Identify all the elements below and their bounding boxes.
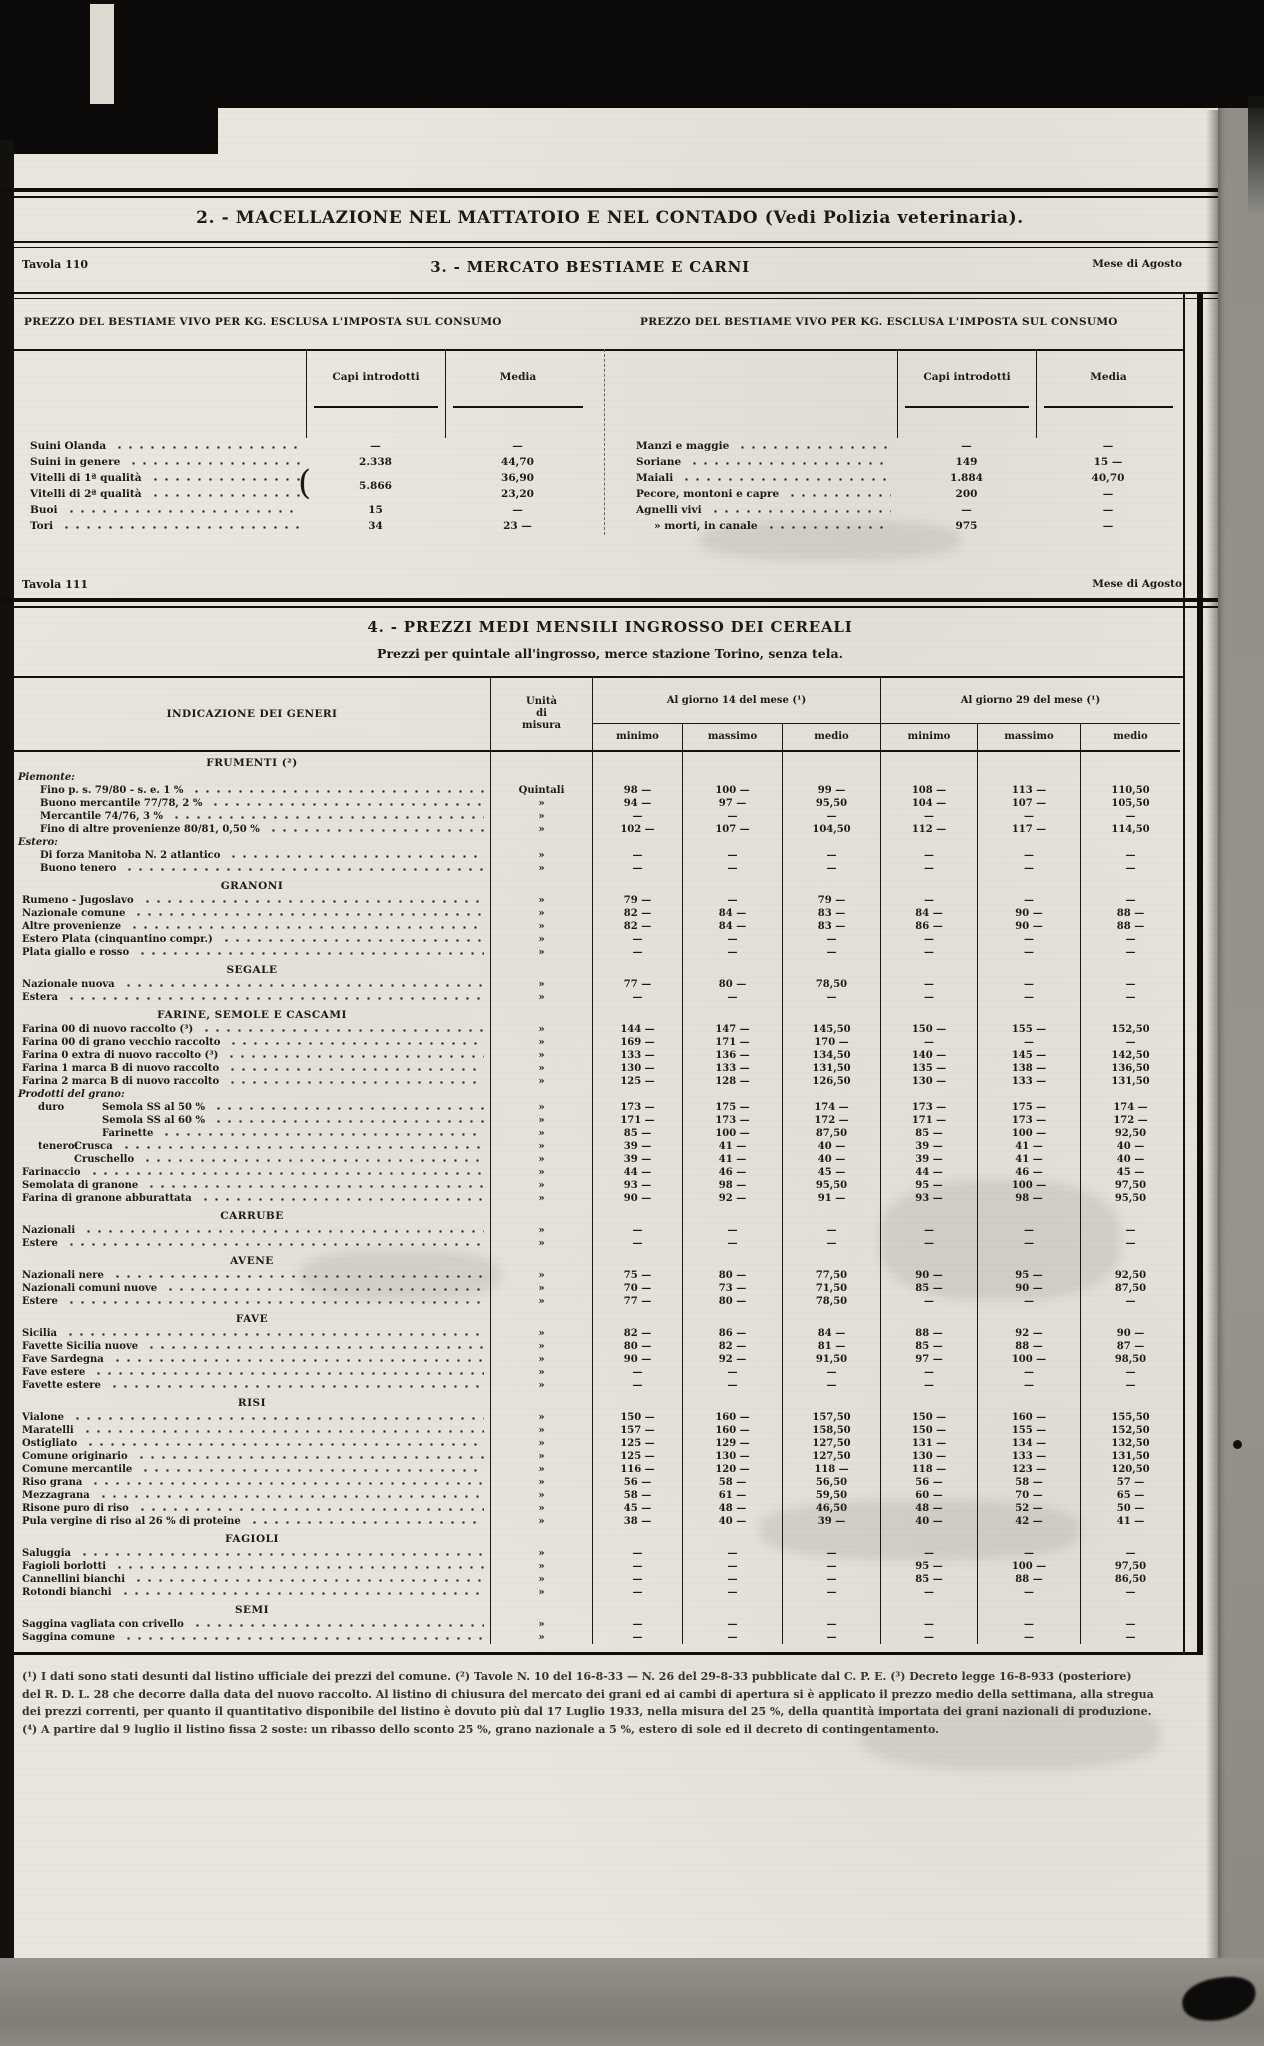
value-cell: 125 — xyxy=(592,1075,682,1088)
group-label: Piemonte: xyxy=(14,771,490,784)
col-header-minimo: minimo xyxy=(592,724,682,750)
dot-leader xyxy=(219,933,484,946)
value-cell: 160 — xyxy=(682,1424,782,1437)
dot-leader xyxy=(119,1140,484,1153)
dot-leader xyxy=(91,1366,484,1379)
col-header-massimo: massimo xyxy=(682,724,782,750)
row-label-cell: duroSemola SS al 50 % xyxy=(14,1101,490,1114)
table-row: Rotondi bianchi»—————— xyxy=(14,1586,1180,1599)
value-cell: 80 — xyxy=(592,1340,682,1353)
value-cell: — xyxy=(1080,1036,1180,1049)
value-cell: 160 — xyxy=(977,1411,1080,1424)
section-title: FAVE xyxy=(14,1308,490,1327)
value-cell xyxy=(592,1250,682,1269)
unit-cell xyxy=(490,1088,592,1101)
value-cell: 126,50 xyxy=(782,1075,880,1088)
section-title-row: FAVE xyxy=(14,1308,1180,1327)
row-label: Pula vergine di riso al 26 % di proteine xyxy=(22,1515,241,1528)
dot-leader xyxy=(64,502,300,518)
unit-cell xyxy=(490,752,592,771)
value-cell: — xyxy=(782,1379,880,1392)
dot-leader xyxy=(107,1379,484,1392)
row-label: Vialone xyxy=(22,1411,64,1424)
table-row: Ostigliato»125 —129 —127,50131 —134 —132… xyxy=(14,1437,1180,1450)
table-row: duroSemola SS al 50 %»173 —175 —174 —173… xyxy=(14,1101,1180,1114)
value-cell: 107 — xyxy=(977,797,1080,810)
value-cell: — xyxy=(1080,1586,1180,1599)
table-row: Fave Sardegna»90 —92 —91,5097 —100 —98,5… xyxy=(14,1353,1180,1366)
value-cell: — xyxy=(880,1366,977,1379)
section-title-row: SEGALE xyxy=(14,959,1180,978)
value-cell xyxy=(782,1004,880,1023)
value-cell: 145,50 xyxy=(782,1023,880,1036)
value-cell: — xyxy=(682,1224,782,1237)
row-label: Farina 2 marca B di nuovo raccolto xyxy=(22,1075,219,1088)
value-cell: 131,50 xyxy=(782,1062,880,1075)
value-cell xyxy=(1080,771,1180,784)
table-row: Risone puro di riso»45 —48 —46,5048 —52 … xyxy=(14,1502,1180,1515)
row-label: Maratelli xyxy=(22,1424,74,1437)
value-cell xyxy=(592,1205,682,1224)
value-cell: 135 — xyxy=(880,1062,977,1075)
row-label: Estera xyxy=(22,991,58,1004)
value-cell xyxy=(1080,959,1180,978)
col-header-medio: medio xyxy=(782,724,880,750)
table-row: Nazionali comuni nuove»70 —73 —71,5085 —… xyxy=(14,1282,1180,1295)
value-cell: — xyxy=(1080,862,1180,875)
value-cell xyxy=(682,1205,782,1224)
value-cell: 71,50 xyxy=(782,1282,880,1295)
row-prefix: duro xyxy=(38,1101,64,1114)
row-label: Favette estere xyxy=(22,1379,101,1392)
unit-cell: » xyxy=(490,1062,592,1075)
value-cell: 107 — xyxy=(682,823,782,836)
dot-leader xyxy=(134,1450,484,1463)
dot-leader xyxy=(140,894,484,907)
row-label: Manzi e maggie xyxy=(636,438,729,454)
value-cell: 150 — xyxy=(880,1424,977,1437)
value-cell: — xyxy=(782,946,880,959)
value-cell xyxy=(782,1599,880,1618)
value-cell: 150 — xyxy=(880,1411,977,1424)
unit-cell: » xyxy=(490,1631,592,1644)
livestock-row: Soriane14915 — xyxy=(620,454,1180,470)
value-cell: 150 — xyxy=(880,1023,977,1036)
unit-cell: » xyxy=(490,1547,592,1560)
unit-cell: » xyxy=(490,946,592,959)
unit-cell xyxy=(490,836,592,849)
row-label: Favette Sicilia nuove xyxy=(22,1340,138,1353)
value-cell: — xyxy=(682,946,782,959)
unit-cell: » xyxy=(490,849,592,862)
value-cell: 41 — xyxy=(1080,1515,1180,1528)
dot-leader xyxy=(110,1269,484,1282)
table-row: Semolata di granone»93 —98 —95,5095 —100… xyxy=(14,1179,1180,1192)
row-label-cell: Pula vergine di riso al 26 % di proteine xyxy=(14,1515,490,1528)
value-cell: — xyxy=(977,1036,1080,1049)
footnote-line: (⁴) A partire dal 9 luglio il listino fi… xyxy=(22,1721,1190,1739)
row-label-cell: Altre provenienze xyxy=(14,920,490,933)
row-label: Fave estere xyxy=(22,1366,85,1379)
value-cell: — xyxy=(592,862,682,875)
media-value: 40,70 xyxy=(1036,470,1180,486)
value-cell xyxy=(782,771,880,784)
value-cell: 134,50 xyxy=(782,1049,880,1062)
unit-cell: » xyxy=(490,862,592,875)
value-cell xyxy=(1080,1392,1180,1411)
value-cell xyxy=(782,836,880,849)
group-label-row: Estero: xyxy=(14,836,1180,849)
table-row: Fave estere»—————— xyxy=(14,1366,1180,1379)
dot-leader xyxy=(163,1282,484,1295)
col-header-minimo: minimo xyxy=(880,724,977,750)
unit-cell xyxy=(490,959,592,978)
value-cell: 83 — xyxy=(782,907,880,920)
tavola-111-label: Tavola 111 xyxy=(22,578,88,591)
row-label: Estero Plata (cinquantino compr.) xyxy=(22,933,213,946)
value-cell: 75 — xyxy=(592,1269,682,1282)
row-label-cell: Rotondi bianchi xyxy=(14,1586,490,1599)
value-cell: 82 — xyxy=(592,1327,682,1340)
unit-cell: » xyxy=(490,1340,592,1353)
value-cell: — xyxy=(977,1366,1080,1379)
spacer xyxy=(14,349,306,438)
dot-leader xyxy=(77,1547,484,1560)
section-title-row: FRUMENTI (²) xyxy=(14,752,1180,771)
value-cell: 87,50 xyxy=(1080,1282,1180,1295)
value-cell: — xyxy=(592,1618,682,1631)
section-title-row: CARRUBE xyxy=(14,1205,1180,1224)
value-cell: 83 — xyxy=(782,920,880,933)
value-cell: 84 — xyxy=(682,907,782,920)
value-cell: 85 — xyxy=(880,1282,977,1295)
value-cell: 79 — xyxy=(592,894,682,907)
row-label: Fagioli borlotti xyxy=(22,1560,106,1573)
value-cell xyxy=(782,1205,880,1224)
value-cell: 80 — xyxy=(682,1269,782,1282)
row-label: Crusca xyxy=(74,1140,113,1153)
value-cell: 52 — xyxy=(977,1502,1080,1515)
unit-cell: Quintali xyxy=(490,784,592,797)
media-value: 23,20 xyxy=(445,486,590,502)
value-cell: 152,50 xyxy=(1080,1424,1180,1437)
value-cell: 86,50 xyxy=(1080,1573,1180,1586)
value-cell: — xyxy=(880,1618,977,1631)
row-label-cell: Cannellini bianchi xyxy=(14,1573,490,1586)
value-cell: — xyxy=(1080,1366,1180,1379)
value-cell: 145 — xyxy=(977,1049,1080,1062)
row-label: Farinette xyxy=(102,1127,153,1140)
unit-cell: » xyxy=(490,1049,592,1062)
value-cell: 150 — xyxy=(592,1411,682,1424)
section-title-row: RISI xyxy=(14,1392,1180,1411)
value-cell: 85 — xyxy=(880,1573,977,1586)
row-label-cell: Di forza Manitoba N. 2 atlantico xyxy=(14,849,490,862)
footnotes: (¹) I dati sono stati desunti dal listin… xyxy=(22,1668,1190,1738)
row-label: Comune mercantile xyxy=(22,1463,132,1476)
group-label-row: Piemonte: xyxy=(14,771,1180,784)
value-cell: 133 — xyxy=(977,1450,1080,1463)
dot-leader xyxy=(87,1166,485,1179)
row-label: Farina 00 di nuovo raccolto (³) xyxy=(22,1023,193,1036)
unit-cell: » xyxy=(490,1450,592,1463)
row-label: Nazionale comune xyxy=(22,907,125,920)
row-label-cell: Estera xyxy=(14,991,490,1004)
row-label-cell: Farina 0 extra di nuovo raccolto (³) xyxy=(14,1049,490,1062)
row-label: Estere xyxy=(22,1295,58,1308)
row-label-cell: Comune originario xyxy=(14,1450,490,1463)
unit-cell: » xyxy=(490,810,592,823)
dot-leader xyxy=(199,1023,484,1036)
scanned-page: { "page": { "header_line": "2. - MACELLA… xyxy=(0,0,1264,2046)
value-cell: 86 — xyxy=(682,1327,782,1340)
value-cell xyxy=(977,1250,1080,1269)
value-cell: — xyxy=(782,1573,880,1586)
value-cell: — xyxy=(682,991,782,1004)
value-cell xyxy=(1080,1599,1180,1618)
row-label-cell: Buono tenero xyxy=(14,862,490,875)
livestock-row: Tori3423 — xyxy=(14,518,590,534)
unit-cell: » xyxy=(490,1166,592,1179)
value-cell: 173 — xyxy=(977,1114,1080,1127)
value-cell: 80 — xyxy=(682,1295,782,1308)
row-label: Comune originario xyxy=(22,1450,128,1463)
value-cell: — xyxy=(782,991,880,1004)
value-cell: 78,50 xyxy=(782,1295,880,1308)
row-label: Nazionali nere xyxy=(22,1269,104,1282)
row-label: Vitelli di 2ª qualità xyxy=(30,486,142,502)
dot-leader xyxy=(266,823,484,836)
value-cell: 40 — xyxy=(782,1153,880,1166)
row-label-cell: Nazionale comune xyxy=(14,907,490,920)
unit-cell: » xyxy=(490,1269,592,1282)
unit-cell: » xyxy=(490,1515,592,1528)
row-label: Risone puro di riso xyxy=(22,1502,129,1515)
dot-leader xyxy=(679,470,891,486)
value-cell: 157,50 xyxy=(782,1411,880,1424)
table-row: Nazionale comune»82 —84 —83 —84 —90 —88 … xyxy=(14,907,1180,920)
value-cell: 100 — xyxy=(977,1560,1080,1573)
value-cell: — xyxy=(880,1547,977,1560)
value-cell: 170 — xyxy=(782,1036,880,1049)
value-cell xyxy=(782,1308,880,1327)
table-110-month: Mese di Agosto xyxy=(1092,258,1182,276)
section-title-row: FARINE, SEMOLE E CASCAMI xyxy=(14,1004,1180,1023)
dot-leader xyxy=(169,810,484,823)
footnote-line: (¹) I dati sono stati desunti dal listin… xyxy=(22,1668,1190,1686)
table-row: Fino p. s. 79/80 - s. e. 1 %Quintali98 —… xyxy=(14,784,1180,797)
value-cell: — xyxy=(1080,1224,1180,1237)
table-row: Mezzagrana»58 —61 —59,5060 —70 —65 — xyxy=(14,1489,1180,1502)
value-cell xyxy=(880,1392,977,1411)
row-label-cell: Risone puro di riso xyxy=(14,1502,490,1515)
value-cell: 171 — xyxy=(592,1114,682,1127)
unit-cell: » xyxy=(490,823,592,836)
value-cell: 58 — xyxy=(592,1489,682,1502)
row-label: Farina 1 marca B di nuovo raccolto xyxy=(22,1062,219,1075)
table-row: Buono tenero»—————— xyxy=(14,862,1180,875)
value-cell: 172 — xyxy=(1080,1114,1180,1127)
value-cell: — xyxy=(1080,1237,1180,1250)
unit-cell: » xyxy=(490,1237,592,1250)
value-cell: 155 — xyxy=(977,1023,1080,1036)
livestock-row: Manzi e maggie—— xyxy=(620,438,1180,454)
row-label-cell: Semolata di granone xyxy=(14,1179,490,1192)
value-cell xyxy=(682,771,782,784)
value-cell: — xyxy=(592,1586,682,1599)
table-111-month: Mese di Agosto xyxy=(1092,578,1182,591)
row-label-cell: Sicilia xyxy=(14,1327,490,1340)
value-cell: — xyxy=(592,1547,682,1560)
value-cell: 133 — xyxy=(592,1049,682,1062)
value-cell: 90 — xyxy=(1080,1327,1180,1340)
dot-leader xyxy=(112,1560,484,1573)
value-cell: 95,50 xyxy=(782,797,880,810)
section-title: FAGIOLI xyxy=(14,1528,490,1547)
capi-value: 149 xyxy=(897,454,1036,470)
value-cell: 56 — xyxy=(880,1476,977,1489)
value-cell: 112 — xyxy=(880,823,977,836)
row-label: Semola SS al 50 % xyxy=(102,1101,205,1114)
value-cell: 73 — xyxy=(682,1282,782,1295)
value-cell: 50 — xyxy=(1080,1502,1180,1515)
value-cell: 171 — xyxy=(880,1114,977,1127)
livestock-row: Maiali1.88440,70 xyxy=(620,470,1180,486)
table-row: Comune mercantile»116 —120 —118 —118 —12… xyxy=(14,1463,1180,1476)
value-cell xyxy=(880,836,977,849)
value-cell xyxy=(682,836,782,849)
unit-cell: » xyxy=(490,1411,592,1424)
group-label-row: Prodotti del grano: xyxy=(14,1088,1180,1101)
value-cell: — xyxy=(682,1631,782,1644)
value-cell: — xyxy=(977,1224,1080,1237)
dot-leader xyxy=(81,1224,484,1237)
value-cell xyxy=(592,1308,682,1327)
table-row: Pula vergine di riso al 26 % di proteine… xyxy=(14,1515,1180,1528)
value-cell: 90 — xyxy=(977,907,1080,920)
table-row: Saggina vagliata con crivello»—————— xyxy=(14,1618,1180,1631)
value-cell: — xyxy=(1080,933,1180,946)
table-right-border xyxy=(1183,292,1203,1655)
value-cell: 110,50 xyxy=(1080,784,1180,797)
unit-cell: » xyxy=(490,1463,592,1476)
value-cell: — xyxy=(592,810,682,823)
value-cell: — xyxy=(1080,849,1180,862)
value-cell: — xyxy=(782,1560,880,1573)
value-cell: 61 — xyxy=(682,1489,782,1502)
value-cell: 77 — xyxy=(592,978,682,991)
capi-value: 200 xyxy=(897,486,1036,502)
row-label-cell: Fino p. s. 79/80 - s. e. 1 % xyxy=(14,784,490,797)
value-cell: 169 — xyxy=(592,1036,682,1049)
unit-cell: » xyxy=(490,1437,592,1450)
row-label: Semola SS al 60 % xyxy=(102,1114,205,1127)
value-cell: 117 — xyxy=(977,823,1080,836)
col-header-unita: Unità di misura xyxy=(490,678,592,750)
value-cell: 92 — xyxy=(977,1327,1080,1340)
dot-leader xyxy=(64,1237,484,1250)
value-cell: 90 — xyxy=(977,1282,1080,1295)
value-cell: 133 — xyxy=(682,1062,782,1075)
unit-cell: » xyxy=(490,1366,592,1379)
value-cell: 136 — xyxy=(682,1049,782,1062)
row-label: Rotondi bianchi xyxy=(22,1586,112,1599)
value-cell: 131,50 xyxy=(1080,1450,1180,1463)
value-cell xyxy=(682,1088,782,1101)
unit-cell: » xyxy=(490,978,592,991)
value-cell: 70 — xyxy=(977,1489,1080,1502)
dot-leader xyxy=(96,1489,484,1502)
rule xyxy=(0,292,1218,299)
dot-leader xyxy=(64,991,484,1004)
value-cell: 123 — xyxy=(977,1463,1080,1476)
value-cell: — xyxy=(782,862,880,875)
value-cell xyxy=(592,1392,682,1411)
table-row: Cannellini bianchi»———85 —88 —86,50 xyxy=(14,1573,1180,1586)
value-cell: 57 — xyxy=(1080,1476,1180,1489)
row-label: Farina 0 extra di nuovo raccolto (³) xyxy=(22,1049,218,1062)
dot-leader xyxy=(144,1179,484,1192)
table-row: Estere»77 —80 —78,50——— xyxy=(14,1295,1180,1308)
row-label: Farina 00 di grano vecchio raccolto xyxy=(22,1036,220,1049)
value-cell: — xyxy=(977,862,1080,875)
unit-cell xyxy=(490,1004,592,1023)
value-cell: 108 — xyxy=(880,784,977,797)
value-cell: 40 — xyxy=(1080,1140,1180,1153)
spacer xyxy=(620,349,897,438)
value-cell: 174 — xyxy=(782,1101,880,1114)
value-cell: 45 — xyxy=(592,1502,682,1515)
scan-bottom-shade xyxy=(0,1958,1264,2046)
row-label-cell: Fino di altre provenienze 80/81, 0,50 % xyxy=(14,823,490,836)
capi-value: — xyxy=(897,438,1036,454)
value-cell: — xyxy=(880,849,977,862)
livestock-table-right: Capi introdotti Media Manzi e maggie——So… xyxy=(620,349,1180,535)
value-cell: 97 — xyxy=(880,1353,977,1366)
dot-leader xyxy=(225,1062,484,1075)
cereal-table-body: FRUMENTI (²)Piemonte:Fino p. s. 79/80 - … xyxy=(14,752,1180,1644)
table-row: Rumeno - Jugoslavo»79 ——79 ———— xyxy=(14,894,1180,907)
row-label: Farinaccio xyxy=(22,1166,81,1179)
section-title: FRUMENTI (²) xyxy=(14,752,490,771)
row-label: Buoi xyxy=(30,502,58,518)
row-label-cell: Fave estere xyxy=(14,1366,490,1379)
dot-leader xyxy=(138,1463,484,1476)
value-cell: — xyxy=(592,1573,682,1586)
value-cell: 171 — xyxy=(682,1036,782,1049)
row-label: Fave Sardegna xyxy=(22,1353,104,1366)
value-cell: 94 — xyxy=(592,797,682,810)
value-cell: 128 — xyxy=(682,1075,782,1088)
table-row: Vialone»150 —160 —157,50150 —160 —155,50 xyxy=(14,1411,1180,1424)
unit-cell: » xyxy=(490,797,592,810)
table-row: Riso grana»56 —58 —56,5056 —58 —57 — xyxy=(14,1476,1180,1489)
value-cell xyxy=(782,1392,880,1411)
value-cell: — xyxy=(977,1295,1080,1308)
value-cell: 80 — xyxy=(682,978,782,991)
value-cell xyxy=(682,1392,782,1411)
col-header-media: Media xyxy=(445,349,590,438)
row-label: Maiali xyxy=(636,470,673,486)
dot-leader xyxy=(208,797,484,810)
group-label: Prodotti del grano: xyxy=(14,1088,490,1101)
dot-leader xyxy=(198,1192,484,1205)
paper-edge-shadow xyxy=(1206,110,1218,1960)
unit-line: di xyxy=(491,708,592,720)
value-cell: 44 — xyxy=(880,1166,977,1179)
value-cell: 114,50 xyxy=(1080,823,1180,836)
value-cell: 79 — xyxy=(782,894,880,907)
